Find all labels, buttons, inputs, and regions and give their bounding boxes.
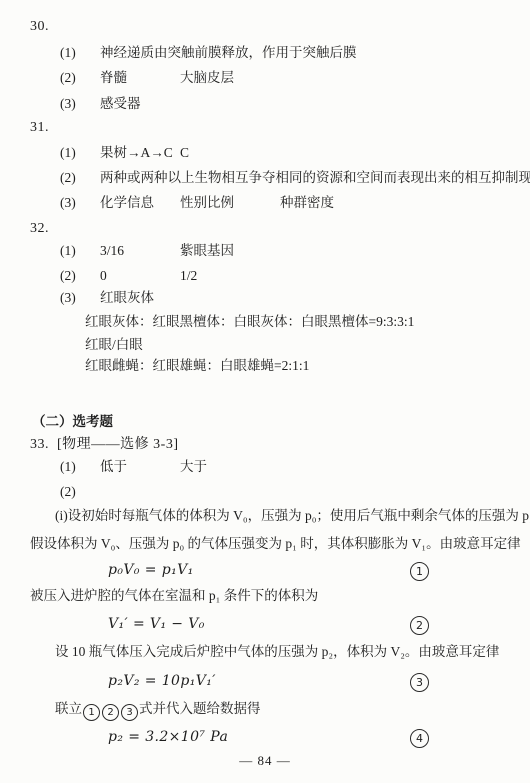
- ratio-line-2: 红眼/白眼: [85, 337, 143, 354]
- question-number: 30.: [30, 19, 49, 34]
- question-number: 31.: [30, 120, 49, 135]
- item-label: (2): [60, 484, 100, 501]
- answer-text: 3/16: [100, 243, 124, 258]
- equation-number-circle: 3: [410, 673, 429, 692]
- answer-text: 红眼雌蝇：红眼雄蝇：白眼雄蝇=2:1:1: [85, 358, 309, 373]
- answer-item-31-3: (3)化学信息 性别比例 种群密度: [60, 195, 154, 212]
- answer-item-33-2: (2): [60, 484, 100, 501]
- paragraph-text: (i)设初始时每瓶气体的体积为 V₀，压强为 p₀；使用后气瓶中剩余气体的压强为…: [55, 508, 530, 523]
- equation-formula: p₀V₀ = p₁V₁: [108, 562, 194, 578]
- equation-ref-circle: 3: [121, 704, 138, 721]
- answer-item-33-1: (1)低于 大于: [60, 459, 127, 476]
- equation-2: V₁′ = V₁ − V₀ 2: [108, 616, 438, 634]
- equation-formula: p₂V₂ = 10p₁V₁′: [108, 673, 216, 689]
- answer-text: 紫眼基因: [180, 243, 234, 260]
- solution-paragraph-1: (i)设初始时每瓶气体的体积为 V₀，压强为 p₀；使用后气瓶中剩余气体的压强为…: [55, 508, 530, 525]
- answer-text: 脊髓: [100, 70, 127, 85]
- ratio-line-1: 红眼灰体：红眼黑檀体：白眼灰体：白眼黑檀体=9:3:3:1: [85, 314, 414, 331]
- answer-item-30-1: (1)神经递质由突触前膜释放，作用于突触后膜: [60, 45, 357, 62]
- question-32-number: 32.: [30, 220, 49, 238]
- equation-ref-circle: 1: [83, 704, 100, 721]
- answer-text: 0: [100, 268, 107, 283]
- paragraph-text: 联立: [55, 701, 82, 716]
- equation-3: p₂V₂ = 10p₁V₁′ 3: [108, 673, 438, 691]
- paragraph-text: 设 10 瓶气体压入完成后炉腔中气体的压强为 p₂，体积为 V₂。由玻意耳定律: [55, 644, 499, 659]
- item-label: (1): [60, 243, 100, 260]
- answer-text: 1/2: [180, 268, 197, 285]
- item-label: (3): [60, 96, 100, 113]
- answer-item-30-2: (2)脊髓 大脑皮层: [60, 70, 127, 87]
- paragraph-text: 假设体积为 V₀、压强为 p₀ 的气体压强变为 p₁ 时，其体积膨胀为 V₁。由…: [30, 536, 521, 551]
- item-label: (1): [60, 145, 100, 162]
- item-label: (2): [60, 268, 100, 285]
- answer-item-31-1: (1)果树→A→C C: [60, 145, 173, 162]
- equation-ref-circle: 2: [102, 704, 119, 721]
- item-label: (3): [60, 290, 100, 307]
- answer-item-32-1: (1)3/16 紫眼基因: [60, 243, 124, 260]
- answer-text: 红眼/白眼: [85, 337, 143, 352]
- solution-paragraph-3: 被压入进炉腔的气体在室温和 p₁ 条件下的体积为: [30, 588, 318, 605]
- item-label: (2): [60, 170, 100, 187]
- answer-text: 感受器: [100, 96, 141, 111]
- answer-text: 性别比例: [180, 195, 234, 212]
- question-title: [物理——选修 3-3]: [57, 437, 179, 452]
- equation-4: p₂ = 3.2×10⁷ Pa 4: [108, 729, 438, 747]
- equation-1: p₀V₀ = p₁V₁ 1: [108, 562, 438, 580]
- solution-paragraph-2: 假设体积为 V₀、压强为 p₀ 的气体压强变为 p₁ 时，其体积膨胀为 V₁。由…: [30, 536, 521, 553]
- paragraph-text: 式并代入题给数据得: [139, 701, 261, 716]
- item-label: (2): [60, 70, 100, 87]
- answer-text: 低于: [100, 459, 127, 474]
- answer-text: 神经递质由突触前膜释放，作用于突触后膜: [100, 45, 357, 60]
- answer-text: C: [180, 145, 189, 162]
- answer-text: 红眼灰体：红眼黑檀体：白眼灰体：白眼黑檀体=9:3:3:1: [85, 314, 414, 329]
- answer-text: 大于: [180, 459, 207, 476]
- item-label: (1): [60, 45, 100, 62]
- page-number-text: — 84 —: [239, 753, 291, 768]
- answer-item-30-3: (3)感受器: [60, 96, 141, 113]
- question-33-header: 33.[物理——选修 3-3]: [30, 436, 179, 454]
- solution-paragraph-4: 设 10 瓶气体压入完成后炉腔中气体的压强为 p₂，体积为 V₂。由玻意耳定律: [55, 644, 499, 661]
- answer-text: 果树→A→C: [100, 145, 173, 160]
- answer-text: 两种或两种以上生物相互争夺相同的资源和空间而表现出来的相互抑制现象: [100, 170, 530, 185]
- item-label: (3): [60, 195, 100, 212]
- equation-formula: V₁′ = V₁ − V₀: [108, 616, 205, 632]
- ratio-line-3: 红眼雌蝇：红眼雄蝇：白眼雄蝇=2:1:1: [85, 358, 309, 375]
- document-page: 30. (1)神经递质由突触前膜释放，作用于突触后膜 (2)脊髓 大脑皮层 (3…: [0, 0, 530, 783]
- solution-paragraph-5: 联立123式并代入题给数据得: [55, 701, 261, 721]
- equation-formula: p₂ = 3.2×10⁷ Pa: [108, 729, 228, 745]
- answer-item-32-3: (3)红眼灰体: [60, 290, 154, 307]
- answer-text: 化学信息: [100, 195, 154, 210]
- question-number: 32.: [30, 221, 49, 236]
- answer-text: 大脑皮层: [180, 70, 234, 87]
- question-number: 33.: [30, 437, 49, 452]
- paragraph-text: 被压入进炉腔的气体在室温和 p₁ 条件下的体积为: [30, 588, 318, 603]
- section-heading-text: （二）选考题: [32, 414, 113, 429]
- question-31-number: 31.: [30, 119, 49, 137]
- page-number: — 84 —: [0, 753, 530, 769]
- equation-number-circle: 1: [410, 562, 429, 581]
- answer-text: 红眼灰体: [100, 290, 154, 305]
- section-heading: （二）选考题: [32, 414, 113, 431]
- question-30-number: 30.: [30, 18, 49, 36]
- answer-item-32-2: (2)0 1/2: [60, 268, 107, 285]
- answer-item-31-2: (2)两种或两种以上生物相互争夺相同的资源和空间而表现出来的相互抑制现象: [60, 170, 530, 187]
- equation-number-circle: 2: [410, 616, 429, 635]
- answer-text: 种群密度: [280, 195, 334, 212]
- equation-number-circle: 4: [410, 729, 429, 748]
- item-label: (1): [60, 459, 100, 476]
